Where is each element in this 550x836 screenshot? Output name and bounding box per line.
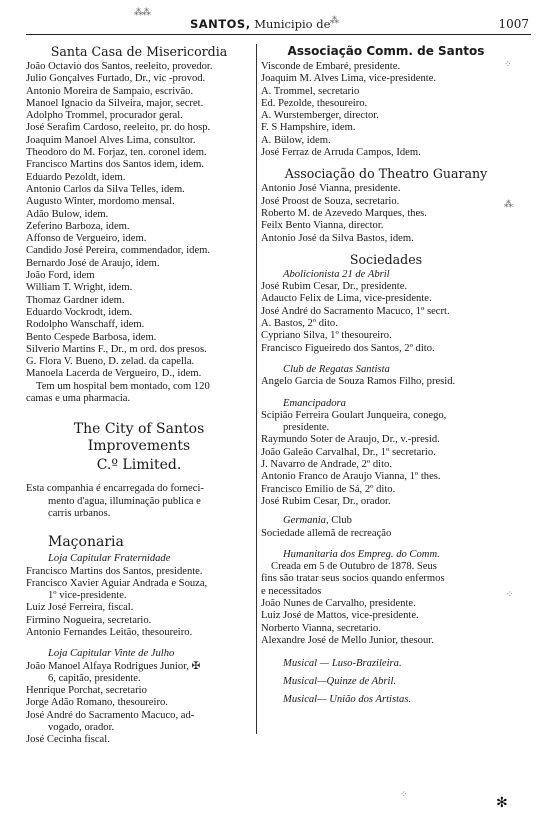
society-name-humanitaria: Humanitaria dos Empreg. do Comm. (261, 549, 511, 561)
section-heading-maconaria: Maçonaria (26, 534, 252, 551)
list-item: Cypriano Silva, 1º thesoureiro. (261, 330, 511, 342)
list-item: Francisco Xavier Aguiar Andrada e Souza, (26, 578, 252, 590)
humanitaria-text: e necessitados (261, 586, 511, 598)
list-item: Antonio José da Silva Bastos, idem. (261, 233, 511, 245)
list-item: Augusto Winter, mordomo mensal. (26, 196, 252, 208)
page-header: ⁂⁂ SANTOS, Municipio de ⁂ 1007 (26, 14, 531, 35)
list-item: João Galeão Carvalhal, Dr., 1º secretari… (261, 447, 511, 459)
print-speck-icon: ⁂ (504, 200, 512, 210)
list-item: A. Bülow, idem. (261, 135, 511, 147)
list-item: José André do Sacramento Macuco, ad- (26, 710, 252, 722)
running-title: SANTOS, Municipio de (190, 17, 330, 31)
santa-casa-note-cont: camas e uma pharmacia. (26, 393, 252, 405)
list-item: F. S Hampshire, idem. (261, 122, 511, 134)
list-item: Feilx Bento Vianna, director. (261, 220, 511, 232)
page-number: 1007 (498, 17, 529, 31)
list-item: Scipião Ferreira Goulart Junqueira, cone… (261, 410, 511, 422)
print-speck-icon: ⁘ (506, 590, 513, 600)
list-item: Jorge Adão Romano, thesoureiro. (26, 697, 252, 709)
list-item: 1º vice-presidente. (26, 590, 252, 602)
list-item: presidente. (261, 422, 511, 434)
society-name-musical: Musical— União dos Artistas. (261, 692, 511, 708)
list-item: A. Bastos, 2º dito. (261, 318, 511, 330)
lodge-name-fraternidade: Loja Capitular Fraternidade (26, 553, 252, 565)
list-item: Adaucto Felix de Lima, vice-presidente. (261, 293, 511, 305)
santa-casa-list: João Octavio dos Santos, reeleito, prove… (26, 61, 252, 405)
list-item: Manoela Lacerda de Vergueiro, D., idem. (26, 368, 252, 380)
list-item: Bento Cespede Barbosa, idem. (26, 332, 252, 344)
list-item: José Rubim Cesar, Dr., orador. (261, 496, 511, 508)
section-heading-santa-casa: Santa Casa de Misericordia (26, 44, 252, 59)
list-item: Roberto M. de Azevedo Marques, thes. (261, 208, 511, 220)
city-of-santos-text: Esta companhia é encarregada do forneci- (26, 483, 252, 495)
list-item: Raymundo Soter de Araujo, Dr., v.-presid… (261, 434, 511, 446)
list-item: João Nunes de Carvalho, presidente. (261, 598, 511, 610)
list-item: José Ferraz de Arruda Campos, Idem. (261, 147, 511, 159)
list-item: Affonso de Vergueiro, idem. (26, 233, 252, 245)
section-heading-city-of-santos-cont: C.º Limited. (26, 457, 252, 474)
list-item: José Proost de Souza, secretario. (261, 196, 511, 208)
list-item: José Rubim Cesar, Dr., presidente. (261, 281, 511, 293)
list-item: A. Wurstemberger, director. (261, 110, 511, 122)
society-name-musical: Musical—Quinze de Abril. (261, 674, 511, 690)
list-item: Luiz José de Mattos, vice-presidente. (261, 610, 511, 622)
city-of-santos-text: mento d'agua, illuminação publica e (26, 496, 252, 508)
list-item: Eduardo Vockrodt, idem. (26, 307, 252, 319)
list-item: Silverio Martins F., Dr., m ord. dos pre… (26, 344, 252, 356)
list-item: Antonio Franco de Araujo Vianna, 1º thes… (261, 471, 511, 483)
list-item: J. Navarro de Andrade, 2º dito. (261, 459, 511, 471)
left-column: Santa Casa de Misericordia João Octavio … (26, 44, 252, 747)
list-item: Eduardo Pezoldt, idem. (26, 172, 252, 184)
list-item: José Cecinha fiscal. (26, 734, 252, 746)
print-speck-icon: ⁂ (330, 16, 338, 26)
germania-name: Germania, (283, 515, 329, 526)
list-item: Thomaz Gardner idem. (26, 295, 252, 307)
list-item: Francisco Figueiredo dos Santos, 2º dito… (261, 343, 511, 355)
list-item: Sociedade allemã de recreação (261, 528, 511, 540)
running-title-city: SANTOS, (190, 17, 251, 31)
list-item: Francisco Martins dos Santos, presidente… (26, 566, 252, 578)
list-item: 6, capitão, presidente. (26, 673, 252, 685)
list-item: Francisco Emilio de Sá, 2º dito. (261, 484, 511, 496)
lodge-name-vinte-de-julho: Loja Capitular Vinte de Julho (26, 648, 252, 660)
right-column: Associação Comm. de Santos Visconde de E… (256, 44, 511, 734)
santa-casa-note: Tem um hospital bem montado, com 120 (26, 381, 252, 393)
list-item: Antonio Carlos da Silva Telles, idem. (26, 184, 252, 196)
city-of-santos-text: carris urbanos. (26, 508, 252, 520)
list-item: Zeferino Barboza, idem. (26, 221, 252, 233)
list-item: Antonio Fernandes Leitão, thesoureiro. (26, 627, 252, 639)
list-item: Adão Bulow, idem. (26, 209, 252, 221)
list-item: Visconde de Embaré, presidente. (261, 61, 511, 73)
list-item: João Ford, idem (26, 270, 252, 282)
list-item: Adolpho Trommel, procurador geral. (26, 110, 252, 122)
section-heading-sociedades: Sociedades (261, 252, 511, 267)
print-speck-icon: ⁘ (504, 60, 511, 70)
society-name-musical: Musical — Luso-Brazileira. (261, 656, 511, 672)
list-item: Norberto Vianna, secretario. (261, 623, 511, 635)
list-item: vogado, orador. (26, 722, 252, 734)
list-item: A. Trommel, secretario (261, 86, 511, 98)
section-heading-assoc-theatro: Associação do Theatro Guarany (261, 166, 511, 181)
list-item: Alexandre José de Mello Junior, thesour. (261, 635, 511, 647)
humanitaria-text: fins são tratar seus socios quando enfer… (261, 573, 511, 585)
list-item: Manoel Ignacio da Silveira, major, secre… (26, 98, 252, 110)
list-item: Antonio Moreira de Sampaio, escrivão. (26, 86, 252, 98)
running-title-rest: Municipio de (251, 17, 331, 31)
print-speck-icon: ✻ (496, 795, 507, 811)
list-item: José Serafim Cardoso, reeleito, pr. do h… (26, 122, 252, 134)
list-item: Rodolpho Wanschaff, idem. (26, 319, 252, 331)
list-item: Firmino Nogueira, secretario. (26, 615, 252, 627)
society-name-germania: Germania, Club (261, 515, 511, 527)
humanitaria-text: Creada em 5 de Outubro de 1878. Seus (261, 561, 511, 573)
list-item: Angelo Garcia de Souza Ramos Filho, pres… (261, 376, 511, 388)
section-heading-city-of-santos: The City of Santos Improvements (26, 421, 252, 455)
society-name-emancipadora: Emancipadora (261, 398, 511, 410)
list-item: João Octavio dos Santos, reeleito, prove… (26, 61, 252, 73)
germania-suffix: Club (329, 515, 352, 526)
list-item: Joaquim Manoel Alves Lima, consultor. (26, 135, 252, 147)
list-item: Antonio José Vianna, presidente. (261, 183, 511, 195)
list-item: Theodoro do M. Forjaz, ten. coronel idem… (26, 147, 252, 159)
list-item: Bernardo José de Araujo, idem. (26, 258, 252, 270)
list-item: João Manoel Alfaya Rodrigues Junior, ✠ (26, 661, 252, 673)
list-item: Luiz José Ferreira, fiscal. (26, 602, 252, 614)
section-heading-assoc-comm: Associação Comm. de Santos (261, 44, 511, 59)
list-item: Candido José Pereira, commendador, idem. (26, 245, 252, 257)
society-name-club-regatas: Club de Regatas Santista (261, 364, 511, 376)
list-item: G. Flora V. Bueno, D. zelad. da capella. (26, 356, 252, 368)
list-item: William T. Wright, idem. (26, 282, 252, 294)
print-speck-icon: ⁘ (400, 790, 407, 800)
list-item: Ed. Pezolde, thesoureiro. (261, 98, 511, 110)
society-name-abolicionista: Abolicionista 21 de Abril (261, 269, 511, 281)
list-item: Henrique Porchat, secretario (26, 685, 252, 697)
list-item: Francisco Martins dos Santos idem, idem. (26, 159, 252, 171)
list-item: José André do Sacramento Macuco, 1º secr… (261, 306, 511, 318)
print-speck-icon: ⁂⁂ (134, 8, 150, 18)
list-item: Joaquim M. Alves Lima, vice-presidente. (261, 73, 511, 85)
list-item: Julio Gonçalves Furtado, Dr., vic -provo… (26, 73, 252, 85)
